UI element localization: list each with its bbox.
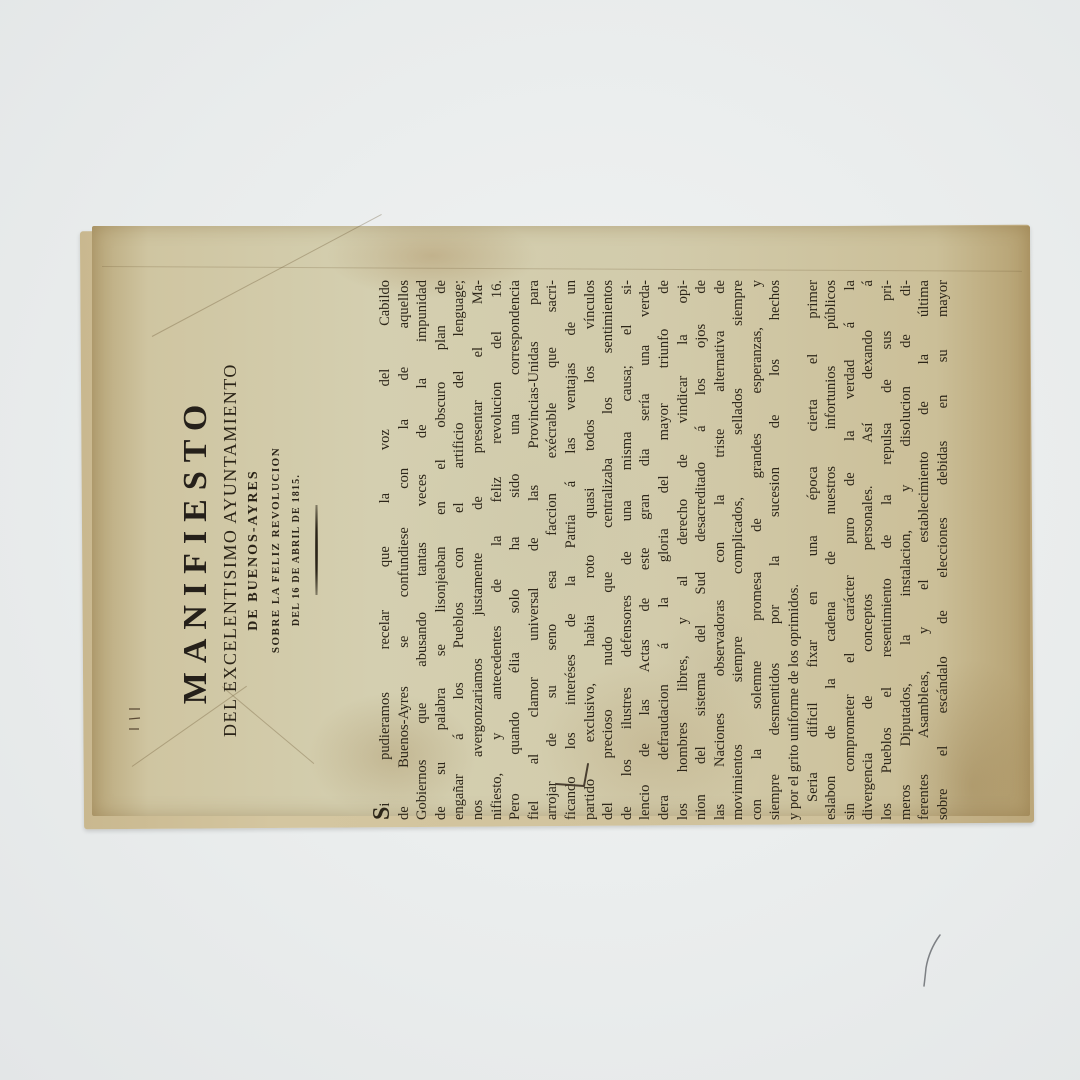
- text-line: divergencia de conceptos personales. Así…: [859, 280, 878, 820]
- text-line: sobre el escándalo de elecciones debidas…: [934, 280, 953, 820]
- header-line-2: DE BUENOS-AYRES: [243, 280, 265, 820]
- text-line: nos avergonzariamos justamente de presen…: [469, 280, 488, 820]
- text-line: lencio de las Actas de este gran dia ser…: [636, 280, 655, 820]
- text-line: movimientos siempre complicados, sellado…: [729, 280, 748, 820]
- text-line: nion del sistema del Sud desacreditado á…: [692, 280, 711, 820]
- text-line: Pero quando élia solo ha sido una corres…: [506, 280, 525, 820]
- text-line: i pudieramos recelar que la voz del Cabi…: [377, 280, 393, 807]
- rotated-document-text: MANIFIESTO DEL EXCELENTISIMO AYUNTAMIENT…: [175, 280, 965, 820]
- text-line: con la solemne promesa de grandes espera…: [748, 280, 767, 820]
- paragraph-1: Si pudieramos recelar que la voz del Cab…: [375, 280, 804, 820]
- text-line: Seria dificil fixar en una época cierta …: [804, 280, 823, 820]
- text-line: del precioso nudo que centralizaba los s…: [599, 280, 618, 820]
- text-line: siempre desmentidos por la sucesion de l…: [766, 280, 785, 820]
- text-line: ficando los interéses de la Patria á las…: [562, 280, 581, 820]
- text-line: dera defraudacion á la gloria del mayor …: [655, 280, 674, 820]
- paragraph-2: Seria dificil fixar en una época cierta …: [804, 280, 953, 820]
- text-line: engañar á los Pueblos con el artificio d…: [450, 280, 469, 820]
- document-body: Si pudieramos recelar que la voz del Cab…: [375, 280, 952, 820]
- header-line-4: DEL 16 DE ABRIL DE 1815.: [287, 280, 307, 820]
- text-line: nifiesto, y antecedentes de la feliz rev…: [488, 280, 507, 820]
- ornamental-rule: [315, 505, 318, 595]
- text-line: partido exclusivo, habia roto quasi todo…: [581, 280, 600, 820]
- text-line: de su palabra se lisonjeaban en el obscu…: [432, 280, 451, 820]
- header-line-3: SOBRE LA FELIZ REVOLUCION: [265, 280, 287, 820]
- text-line: las Naciones observadoras con la triste …: [711, 280, 730, 820]
- text-line: Gobiernos que abusando tantas veces de l…: [413, 280, 432, 820]
- document-title: MANIFIESTO: [177, 280, 215, 820]
- text-line: los Pueblos el resentimiento de la repul…: [878, 280, 897, 820]
- text-line: de los ilustres defensores de una misma …: [618, 280, 637, 820]
- text-line: ferentes Asambleas, y el establecimiento…: [915, 280, 934, 820]
- text-line: sin comprometer el carácter puro de la v…: [841, 280, 860, 820]
- paper-crease: [102, 266, 1022, 272]
- text-line: arrojar de su seno esa faccion exécrable…: [543, 280, 562, 820]
- pencil-l-mark: [554, 762, 590, 790]
- header-line-1: DEL EXCELENTISIMO AYUNTAMIENTO: [217, 280, 243, 820]
- text-line: eslabon de la cadena de nuestros infortu…: [822, 280, 841, 820]
- text-line: de Buenos-Ayres se confundiese con la de…: [395, 280, 414, 820]
- margin-pencil-marks: [126, 705, 146, 741]
- text-line: meros Diputados, la instalacion, y disol…: [897, 280, 916, 820]
- dropcap: S: [369, 807, 395, 820]
- text-line: y por el grito uniforme de los oprimidos…: [785, 280, 804, 820]
- document-header: MANIFIESTO DEL EXCELENTISIMO AYUNTAMIENT…: [175, 280, 350, 820]
- text-line: fiel al clamor universal de las Provinci…: [525, 280, 544, 820]
- stray-pen-mark: [915, 930, 945, 990]
- text-line: los hombres libres, y al derecho de vind…: [674, 280, 693, 820]
